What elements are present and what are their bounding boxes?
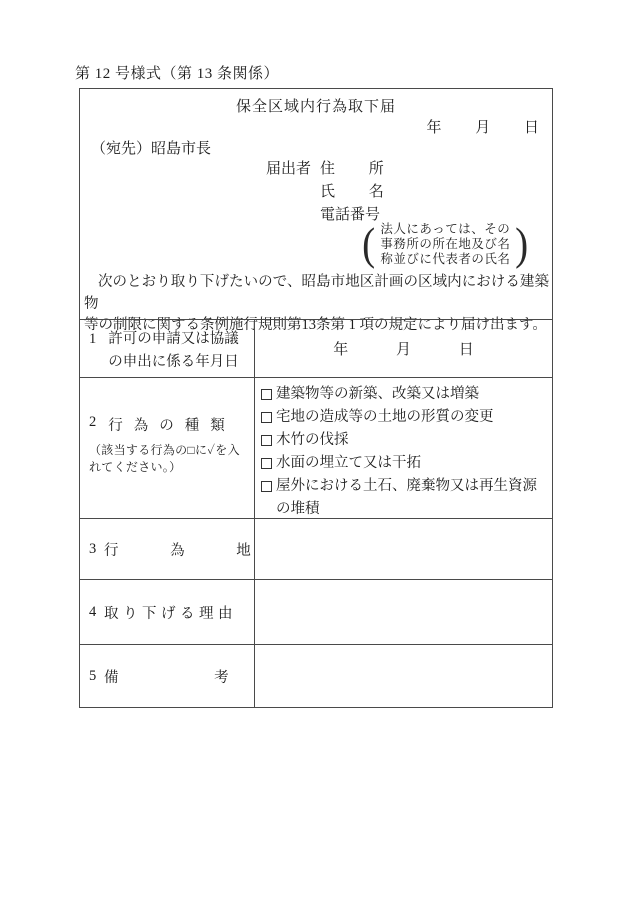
name-label: 氏 名 xyxy=(320,181,384,204)
form-outer-border: 保全区域内行為取下届 年 月 日 （宛先）昭島市長 届出者 住 所 氏 名 電話… xyxy=(79,88,553,708)
right-bracket-icon: ) xyxy=(515,220,528,268)
declaration-line: 次のとおり取り下げたいので、昭島市地区計画の区域内における建築物 xyxy=(84,272,549,315)
option-label: 屋外における土石、廃棄物又は再生資源の堆積 xyxy=(276,475,548,521)
form-number-label: 第 12 号様式（第 13 条関係） xyxy=(75,62,279,83)
applicant-name-row: 氏 名 xyxy=(320,181,384,204)
row2-options-cell: 建築物等の新築、改築又は増築 宅地の造成等の土地の形質の変更 木竹の伐採 水面の… xyxy=(254,377,552,518)
action-type-option: 屋外における土石、廃棄物又は再生資源の堆積 xyxy=(261,475,548,521)
row3-label: 行 為 地 xyxy=(104,539,251,560)
row5-label-cell: 5 備 考 xyxy=(80,644,254,707)
checkbox-icon[interactable] xyxy=(261,458,272,469)
corporate-note-text: 法人にあっては、その 事務所の所在地及び名 称並びに代表者の氏名 xyxy=(380,222,510,267)
row4-label: 取り下げる理由 xyxy=(104,602,237,623)
addressee-line: （宛先）昭島市長 xyxy=(91,137,211,158)
option-label: 水面の埋立て又は干拓 xyxy=(276,452,548,475)
corporate-note-line: 法人にあっては、その xyxy=(380,222,510,237)
row3-number: 3 xyxy=(89,541,96,558)
checkbox-icon[interactable] xyxy=(261,435,272,446)
row2-label-cell: 2 行為の種類 （該当する行為の□に✓を入れてください。） xyxy=(80,377,254,518)
row4-label-cell: 4 取り下げる理由 xyxy=(80,579,254,644)
checkbox-icon[interactable] xyxy=(261,412,272,423)
row2-number: 2 xyxy=(89,414,96,435)
row5-number: 5 xyxy=(89,668,96,685)
address-label: 住 所 xyxy=(320,158,384,181)
row1-number: 1 xyxy=(89,331,96,347)
row2-instruction-note: （該当する行為の□に✓を入れてください。） xyxy=(89,442,250,476)
action-type-option: 建築物等の新築、改築又は増築 xyxy=(261,383,548,406)
row2-label: 行為の種類 xyxy=(108,414,236,435)
corporate-note-line: 事務所の所在地及び名 xyxy=(380,237,510,252)
corporate-note: ( 法人にあっては、その 事務所の所在地及び名 称並びに代表者の氏名 ) xyxy=(361,220,530,268)
option-label: 宅地の造成等の土地の形質の変更 xyxy=(276,406,548,429)
checkbox-icon[interactable] xyxy=(261,481,272,492)
row4-number: 4 xyxy=(89,604,96,621)
action-type-option: 木竹の伐採 xyxy=(261,429,548,452)
corporate-note-line: 称並びに代表者の氏名 xyxy=(380,252,510,267)
checkbox-icon[interactable] xyxy=(261,389,272,400)
row1-label-cell: 1許可の申請又は協議の申出に係る年月日 xyxy=(80,319,254,377)
row1-value-cell: 年 月 日 xyxy=(254,319,552,377)
row1-label-line2: の申出に係る年月日 xyxy=(108,351,239,374)
row3-value-cell xyxy=(254,518,552,579)
row1-date-placeholder: 年 月 日 xyxy=(333,338,474,359)
row1-label: 許可の申請又は協議の申出に係る年月日 xyxy=(108,328,239,374)
row1-label-line1: 許可の申請又は協議 xyxy=(108,328,239,351)
row3-label-cell: 3 行 為 地 xyxy=(80,518,254,579)
document-title: 保全区域内行為取下届 xyxy=(80,95,552,116)
row5-value-cell xyxy=(254,644,552,707)
applicant-block: 届出者 住 所 氏 名 電話番号 xyxy=(266,158,384,227)
row5-label: 備 考 xyxy=(104,666,229,687)
submission-date-line: 年 月 日 xyxy=(426,116,539,137)
applicant-address-row: 届出者 住 所 xyxy=(266,158,384,181)
applicant-label: 届出者 xyxy=(266,158,311,181)
row4-value-cell xyxy=(254,579,552,644)
left-bracket-icon: ( xyxy=(362,220,375,268)
form-table: 1許可の申請又は協議の申出に係る年月日 年 月 日 2 行為の種類 （該当する行… xyxy=(80,319,552,707)
action-type-option: 宅地の造成等の土地の形質の変更 xyxy=(261,406,548,429)
action-type-option: 水面の埋立て又は干拓 xyxy=(261,452,548,475)
option-label: 木竹の伐採 xyxy=(276,429,548,452)
option-label: 建築物等の新築、改築又は増築 xyxy=(276,383,548,406)
document-page: 第 12 号様式（第 13 条関係） 保全区域内行為取下届 年 月 日 （宛先）… xyxy=(0,0,630,903)
